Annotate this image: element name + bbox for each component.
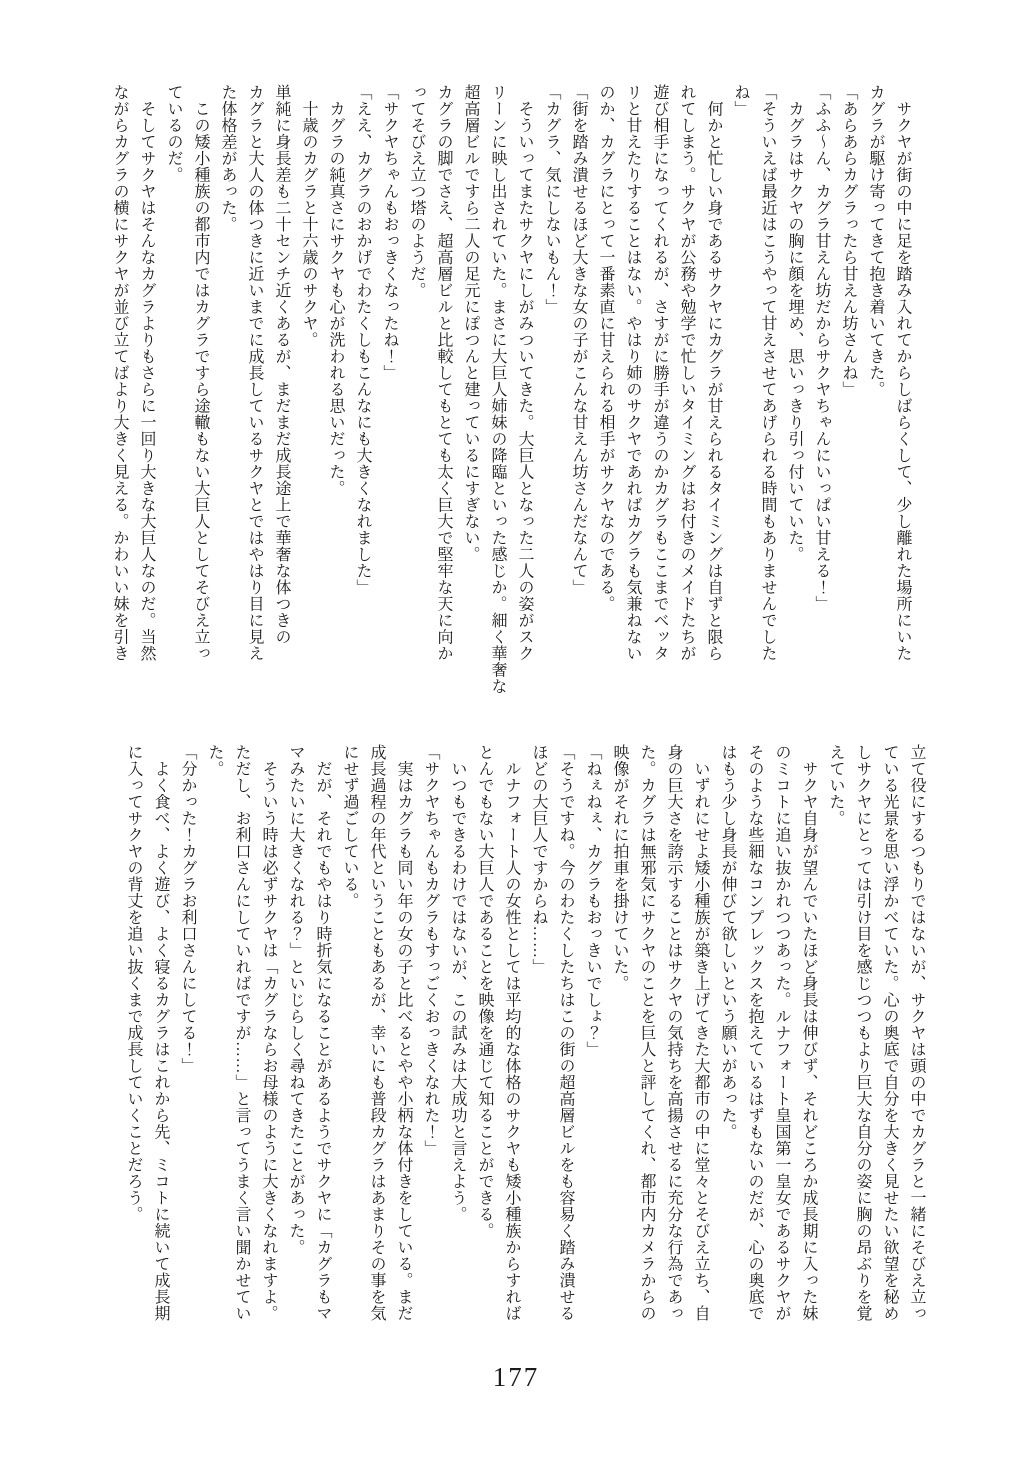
novel-page: サクヤが街の中に足を踏み入れてからしばらくして、少し離れた場所にいた カグラが駆… <box>0 0 1032 1458</box>
vertical-text-block-upper: サクヤが街の中に足を踏み入れてからしばらくして、少し離れた場所にいた カグラが駆… <box>102 84 916 732</box>
vertical-text-block-lower: 立て役にするつもりではないが、サクヤは頭の中でカグラと一緒にそびえ立っ ている光… <box>110 744 930 1392</box>
page-number: 177 <box>0 1362 1032 1393</box>
